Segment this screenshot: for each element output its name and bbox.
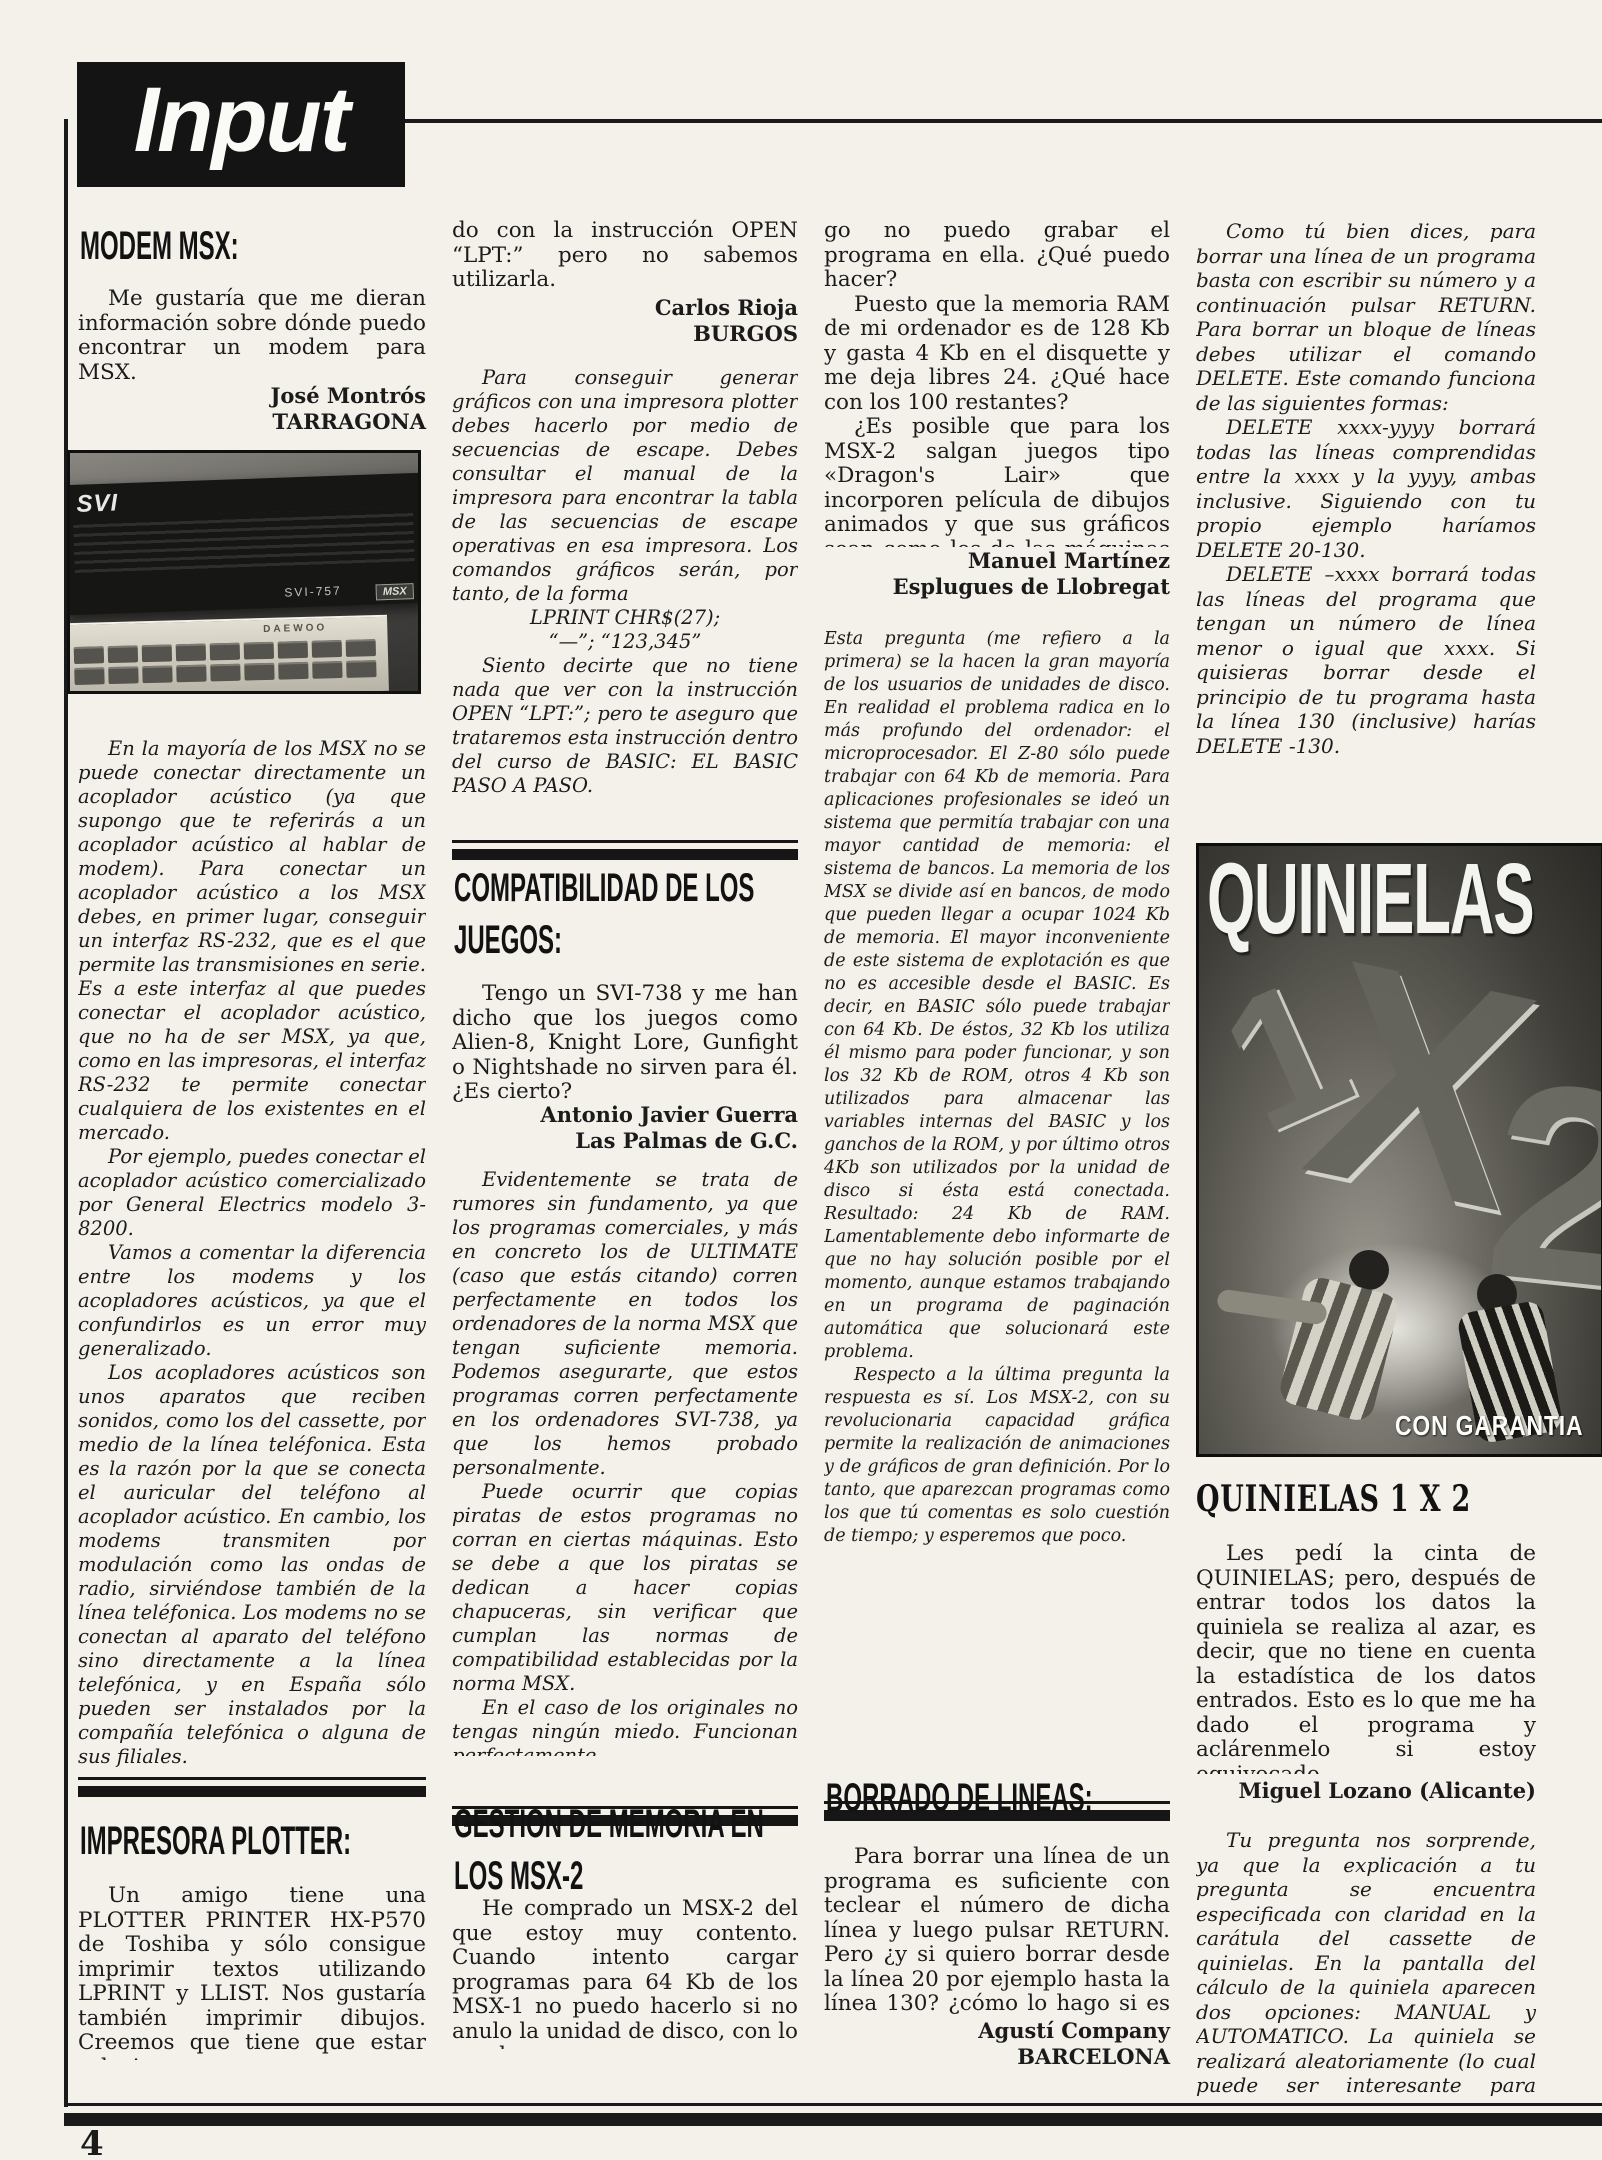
borrado-question: Para borrar una línea de un programa es … [824, 1845, 1170, 2017]
compatibilidad-answer: Evidentemente se trata de rumores sin fu… [452, 1168, 798, 1756]
left-frame-rule [64, 119, 68, 2107]
msx-badge: MSX [376, 583, 414, 600]
paragraph: Respecto a la última pregunta la respues… [824, 1364, 1170, 1548]
paragraph: Para borrar una línea de un programa es … [824, 1845, 1170, 2017]
paragraph: Por ejemplo, puedes conectar el acoplado… [78, 1145, 426, 1241]
paragraph: Vamos a comentar la diferencia entre los… [78, 1241, 426, 1361]
paragraph: DELETE –xxxx borrará todas las líneas de… [1196, 562, 1536, 758]
plotter-answer: Para conseguir generar gráficos con una … [452, 366, 798, 798]
paragraph: Siento decirte que no tiene nada que ver… [452, 654, 798, 798]
modem-answer: En la mayoría de los MSX no se puede con… [78, 737, 426, 1767]
reader-signature: Miguel Lozano (Alicante) [1196, 1778, 1536, 1804]
quinielas-answer: Tu pregunta nos sorprende, ya que la exp… [1196, 1828, 1536, 2102]
paragraph: do con la instrucción OPEN “LPT:” pero n… [452, 219, 798, 293]
modem-device: SVI SVI-757 MSX [67, 473, 421, 615]
section-divider [452, 840, 798, 862]
paragraph: Puesto que la memoria RAM de mi ordenado… [824, 293, 1170, 416]
paragraph: He comprado un MSX-2 del que estoy muy c… [452, 1897, 798, 2049]
device-vents [73, 507, 415, 575]
quinielas-question: Les pedí la cinta de QUINIELAS; pero, de… [1196, 1542, 1536, 1774]
heading-modem-msx: MODEM MSX: [80, 220, 344, 272]
paragraph: Para conseguir generar gráficos con una … [452, 366, 798, 606]
code-line: “—”; “123,345” [452, 630, 798, 654]
plotter-question-continuation: do con la instrucción OPEN “LPT:” pero n… [452, 219, 798, 295]
paragraph: go no puedo grabar el programa en ella. … [824, 219, 1170, 293]
borrado-answer: Como tú bien dices, para borrar una líne… [1196, 219, 1536, 758]
keyboard-keys [74, 639, 381, 685]
reader-signature: José Montrós TARRAGONA [78, 383, 426, 435]
paragraph: ¿Es posible que para los MSX-2 salgan ju… [824, 415, 1170, 547]
paragraph: Esta pregunta (me refiero a la primera) … [824, 628, 1170, 1364]
gestion-question-continuation: go no puedo grabar el programa en ella. … [824, 219, 1170, 547]
input-logo-text: Input [134, 68, 349, 181]
input-section-logo: Input [77, 62, 405, 187]
compatibilidad-question: Tengo un SVI-738 y me han dicho que los … [452, 982, 798, 1106]
bottom-thin-rule [64, 2103, 1602, 2106]
top-frame-rule [405, 119, 1602, 123]
svi-computer-photo: SVI SVI-757 MSX DAEWOO [67, 450, 421, 694]
paragraph: Como tú bien dices, para borrar una líne… [1196, 219, 1536, 415]
reader-signature: Antonio Javier Guerra Las Palmas de G.C. [452, 1102, 798, 1154]
svi-logo: SVI [76, 489, 119, 518]
magazine-page: Input MODEM MSX: Me gustaría que me dier… [0, 0, 1602, 2160]
paragraph: DELETE xxxx-yyyy borrará todas las línea… [1196, 415, 1536, 562]
paragraph: Me gustaría que me dieran información so… [78, 287, 426, 385]
paragraph: Les pedí la cinta de QUINIELAS; pero, de… [1196, 1542, 1536, 1774]
quinielas-title: QUINIELAS [1207, 843, 1533, 957]
paragraph: Tengo un SVI-738 y me han dicho que los … [452, 982, 798, 1105]
reader-signature: Manuel Martínez Esplugues de Llobregat [824, 548, 1170, 600]
paragraph: En el caso de los originales no tengas n… [452, 1696, 798, 1756]
page-number: 4 [80, 2124, 104, 2160]
heading-quinielas-1x2: QUINIELAS 1 X 2 [1196, 1478, 1471, 1520]
modem-question: Me gustaría que me dieran información so… [78, 287, 426, 385]
bottom-thick-rule [64, 2113, 1602, 2126]
quinielas-advert-image: 1 X 2 QUINIELAS CON GARANTIA [1196, 843, 1602, 1457]
gestion-question: He comprado un MSX-2 del que estoy muy c… [452, 1897, 798, 2049]
device-model-label: SVI-757 [284, 584, 342, 600]
computer-keyboard: DAEWOO [67, 615, 389, 694]
reader-signature: Agustí Company BARCELONA [824, 2018, 1170, 2070]
paragraph: Tu pregunta nos sorprende, ya que la exp… [1196, 1828, 1536, 2102]
keyboard-brand-label: DAEWOO [263, 622, 327, 635]
paragraph: Un amigo tiene una PLOTTER PRINTER HX-P5… [78, 1884, 426, 2060]
paragraph: Puede ocurrir que copias piratas de esto… [452, 1480, 798, 1696]
soccer-player-left [1309, 1250, 1389, 1414]
gestion-answer: Esta pregunta (me refiero a la primera) … [824, 628, 1170, 1548]
paragraph: Los acopladores acústicos son unos apara… [78, 1361, 426, 1767]
paragraph: Evidentemente se trata de rumores sin fu… [452, 1168, 798, 1480]
con-garantia-caption: CON GARANTIA [1395, 1410, 1583, 1442]
reader-signature: Carlos Rioja BURGOS [452, 295, 798, 347]
code-line: LPRINT CHR$(27); [452, 606, 798, 630]
paragraph: En la mayoría de los MSX no se puede con… [78, 737, 426, 1145]
section-divider [78, 1777, 426, 1799]
plotter-question: Un amigo tiene una PLOTTER PRINTER HX-P5… [78, 1884, 426, 2060]
